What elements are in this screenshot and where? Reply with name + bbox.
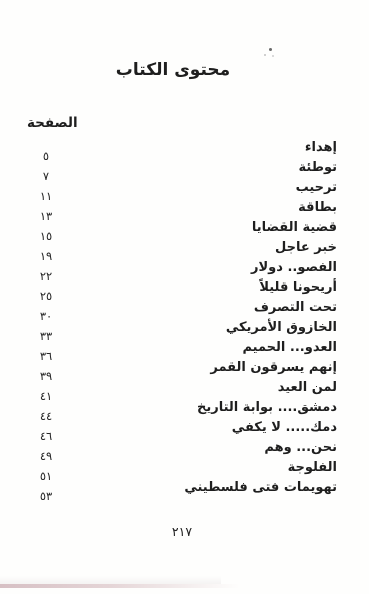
toc-row: إهداء٥ <box>0 140 369 160</box>
entry-title: دمك..... لا يكفي <box>232 420 337 435</box>
toc-row: ترحيب١١ <box>0 180 369 200</box>
toc-row: الفصو.. دولار٢٢ <box>0 260 369 280</box>
entry-page-number: ٥٣ <box>32 489 60 503</box>
entry-title: الخازوق الأمريكي <box>226 320 337 335</box>
entry-title: الفصو.. دولار <box>251 260 337 275</box>
toc-row: تحت التصرف٣٠ <box>0 300 369 320</box>
page-column-header: الصفحة <box>27 115 78 131</box>
entry-title: تحت التصرف <box>254 300 337 315</box>
toc-row: بطاقة١٣ <box>0 200 369 220</box>
toc-row: توطئة٧ <box>0 160 369 180</box>
ink-speck <box>269 48 272 51</box>
toc-row: نحن... وهم٤٩ <box>0 440 369 460</box>
entry-title: خبر عاجل <box>275 240 337 255</box>
toc-row: دمك..... لا يكفي٤٦ <box>0 420 369 440</box>
toc-row: لمن العيد٤١ <box>0 380 369 400</box>
entry-title: العدو... الحميم <box>242 340 337 355</box>
entry-title: إهداء <box>305 140 337 155</box>
toc-row: خبر عاجل١٩ <box>0 240 369 260</box>
entry-title: ترحيب <box>296 180 337 195</box>
contents-title: محتوى الكتاب <box>0 60 346 80</box>
scan-edge-shadow <box>0 584 369 588</box>
entry-title: إنهم يسرقون القمر <box>210 360 337 375</box>
entry-title: توطئة <box>299 160 337 175</box>
toc-list: إهداء٥توطئة٧ترحيب١١بطاقة١٣قضية القضايا١٥… <box>0 140 369 500</box>
toc-row: قضية القضايا١٥ <box>0 220 369 240</box>
scan-edge-soft-shadow <box>0 576 221 584</box>
ink-speck <box>264 54 266 56</box>
toc-row: دمشق.... بوابة التاريخ٤٤ <box>0 400 369 420</box>
entry-title: أريحونا قليلاً <box>259 280 337 295</box>
toc-row: أريحونا قليلاً٢٥ <box>0 280 369 300</box>
entry-title: الفلوجة <box>288 460 337 475</box>
entry-title: بطاقة <box>298 200 337 215</box>
toc-row: الخازوق الأمريكي٣٣ <box>0 320 369 340</box>
toc-row: الفلوجة٥١ <box>0 460 369 480</box>
entry-title: نحن... وهم <box>264 440 337 455</box>
ink-speck <box>272 55 274 57</box>
entry-title: لمن العيد <box>278 380 337 395</box>
folio-page-number: ٢١٧ <box>0 524 364 539</box>
toc-row: تهويمات فتى فلسطيني٥٣ <box>0 480 369 500</box>
entry-title: قضية القضايا <box>252 220 337 235</box>
toc-row: إنهم يسرقون القمر٣٩ <box>0 360 369 380</box>
entry-title: دمشق.... بوابة التاريخ <box>197 400 337 415</box>
entry-title: تهويمات فتى فلسطيني <box>184 480 337 495</box>
toc-row: العدو... الحميم٣٦ <box>0 340 369 360</box>
book-page: محتوى الكتاب الصفحة إهداء٥توطئة٧ترحيب١١ب… <box>0 0 369 594</box>
